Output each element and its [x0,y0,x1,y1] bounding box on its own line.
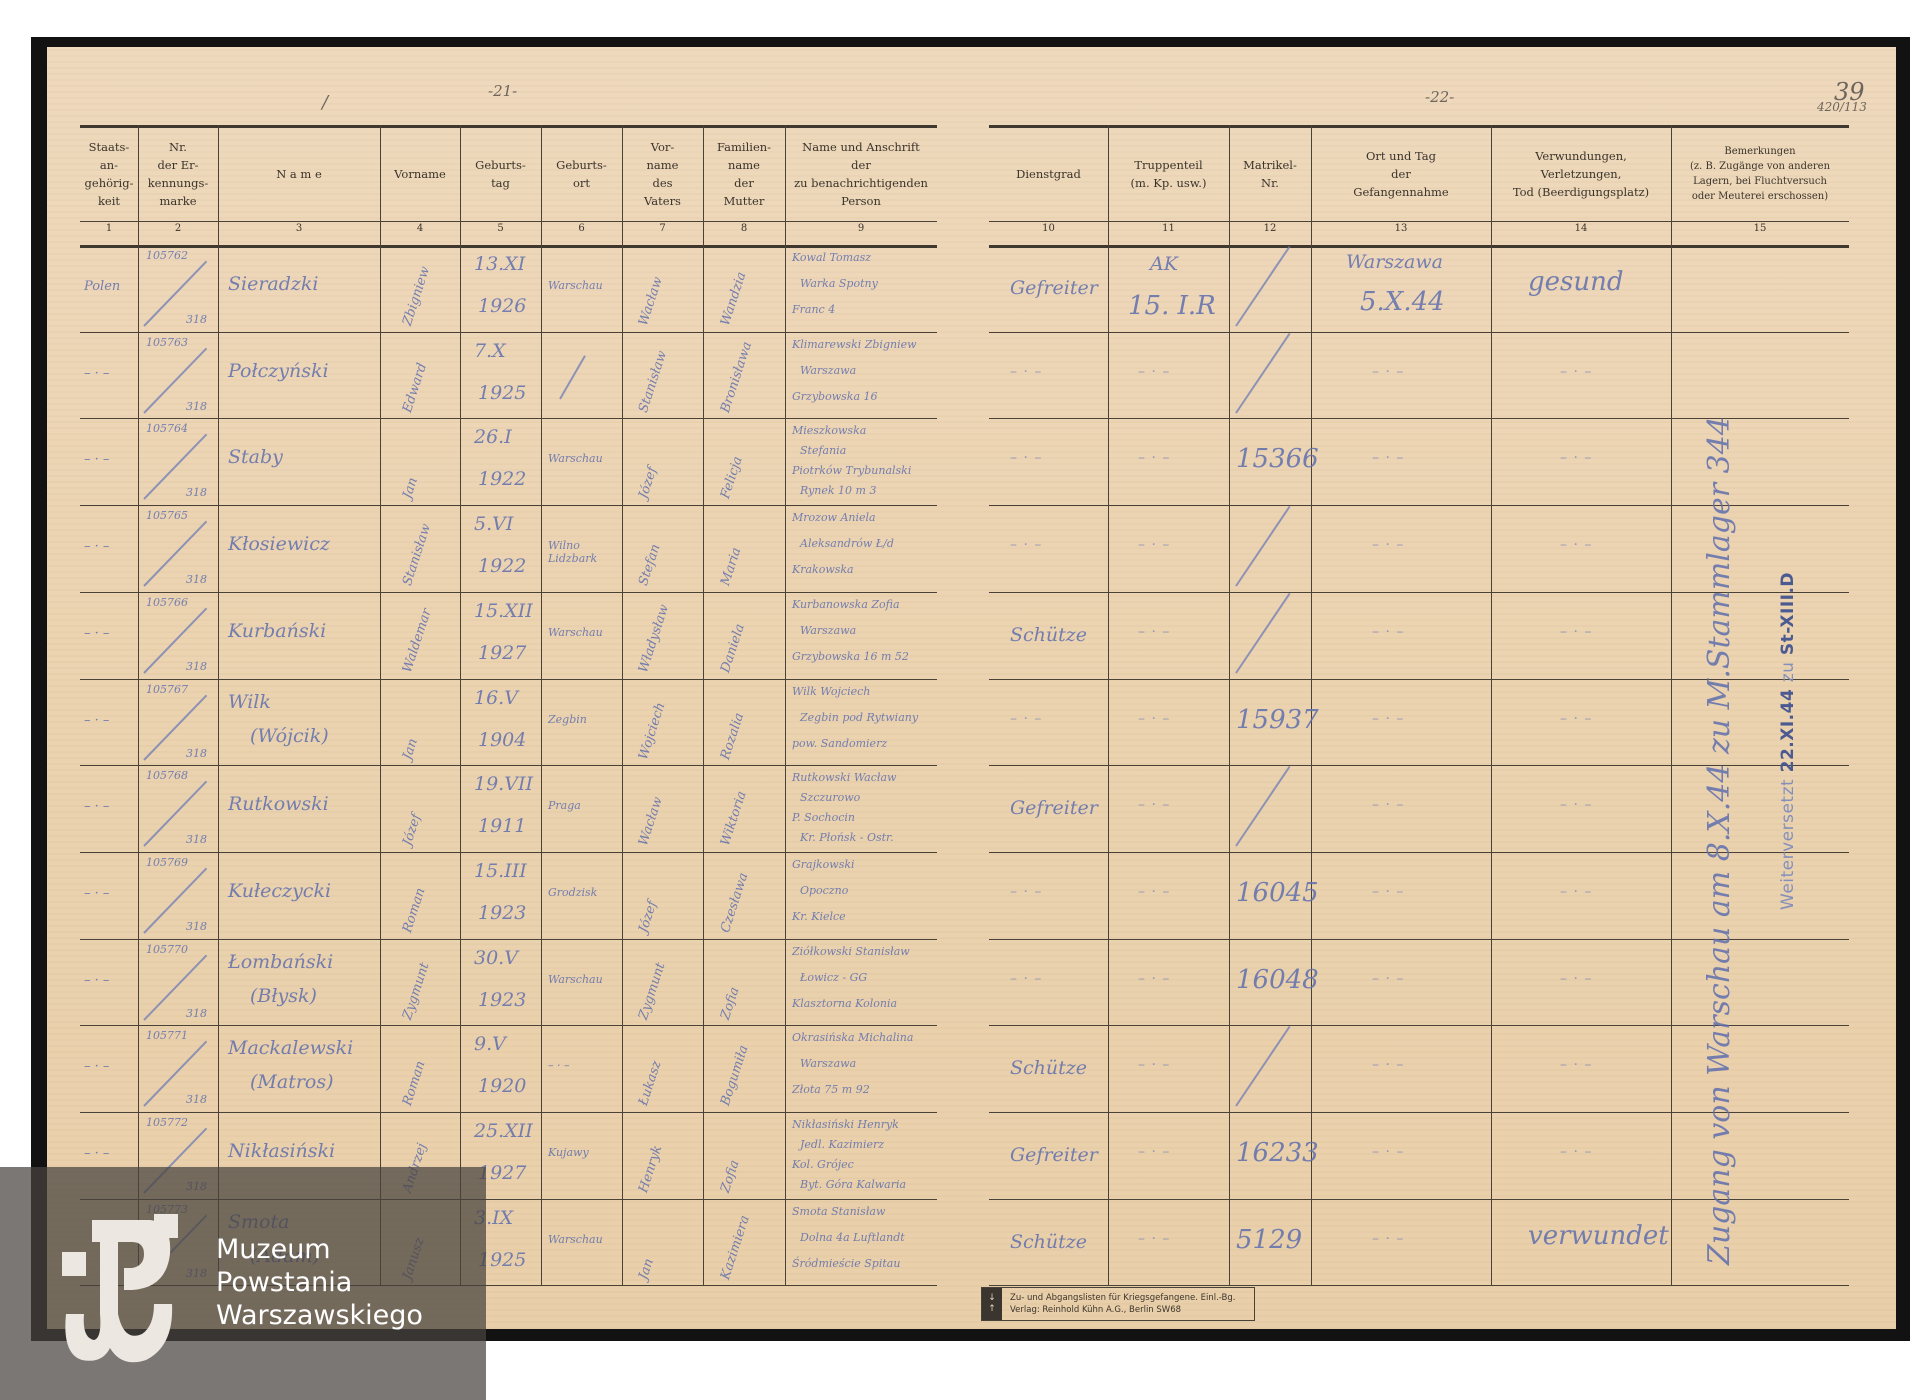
birth-year: 1923 [478,902,526,924]
column-divider [1229,125,1230,1285]
contact-line: Szczurowo [800,791,860,804]
column-number: 11 [1108,223,1229,234]
column-header-l9: Name und Anschrift der zu benachrichtige… [785,129,937,219]
rank: Schütze [1010,1231,1087,1253]
tag-number-top: 105762 [146,249,188,262]
contact-line: Klasztorna Kolonia [792,997,897,1010]
tag-number-top: 105771 [146,1029,188,1042]
column-header-l6: Geburts- ort [541,129,622,219]
rank: – · – [1010,884,1042,900]
surname: Mackalewski [228,1037,353,1059]
imprint-line-2: Verlag: Reinhold Kühn A.G., Berlin SW68 [1010,1304,1235,1316]
stamp-dest: St-XIII.D [1778,572,1798,655]
capture-place: – · – [1372,1144,1404,1160]
matrikel-number: 16048 [1236,965,1319,995]
table-rule [989,332,1849,333]
table-rule [989,125,1849,128]
contact-line: Mieszkowska [792,424,866,437]
birth-day: 13.XI [474,253,525,275]
birth-year: 1923 [478,989,526,1011]
column-header-r4: Ort und Tag der Gefangennahme [1311,129,1491,219]
unit: – · – [1138,711,1170,727]
wounds: – · – [1560,450,1592,466]
contact-line: Rynek 10 m 3 [800,484,876,497]
surname: Kułeczycki [228,880,331,902]
column-number: 9 [785,223,937,234]
birth-day: 7.X [474,340,506,362]
contact-line: Klimarewski Zbigniew [792,338,917,351]
birth-place: Warschau [548,626,618,639]
surname: Nikłasiński [228,1140,335,1162]
stamp-mid: zu [1778,662,1798,683]
rank: Schütze [1010,624,1087,646]
wounds: – · – [1560,624,1592,640]
column-header-l2: Nr. der Er- kennungs- marke [138,129,218,219]
wounds: – · – [1560,797,1592,813]
column-number: 13 [1311,223,1491,234]
tag-number-bottom: 318 [186,313,207,326]
contact-line: Łowicz - GG [800,971,867,984]
capture-place: – · – [1372,1057,1404,1073]
table-rule [80,332,937,333]
tag-number-bottom: 318 [186,920,207,933]
unit: – · – [1138,884,1170,900]
tag-number-bottom: 318 [186,833,207,846]
birth-year: 1920 [478,1075,526,1097]
unit: – · – [1138,364,1170,380]
table-rule [989,1285,1849,1286]
nationality: – · – [84,886,109,901]
contact-line: Zegbin pod Rytwiany [800,711,918,724]
contact-line: Wilk Wojciech [792,685,870,698]
surname: Kurbański [228,620,326,642]
alias: (Błysk) [250,985,317,1007]
page-number-right: -22- [1425,88,1454,106]
tag-number-top: 105770 [146,943,188,956]
tag-number-bottom: 318 [186,573,207,586]
contact-line: Ziółkowski Stanisław [792,945,910,958]
column-header-l3: N a m e [218,129,380,219]
unit: – · – [1138,797,1170,813]
sheet-subnumber: 420/113 [1817,100,1867,114]
tag-number-top: 105763 [146,336,188,349]
column-divider [1108,125,1109,1285]
museum-watermark: Muzeum Powstania Warszawskiego [0,1167,486,1400]
birth-year: 1927 [478,642,526,664]
birth-year: 1904 [478,729,526,751]
imprint-line-1: Zu- und Abgangslisten für Kriegsgefangen… [1010,1292,1235,1304]
kotwica-anchor-logo-icon [62,1214,192,1364]
column-divider [460,125,461,1285]
nationality: – · – [84,539,109,554]
column-divider [541,125,542,1285]
table-rule [80,1025,937,1026]
column-number: 14 [1491,223,1671,234]
column-header-r5: Verwundungen, Verletzungen, Tod (Beerdig… [1491,129,1671,219]
contact-line: Warszawa [800,1057,856,1070]
tag-number-top: 105769 [146,856,188,869]
unit: AK [1150,253,1178,275]
table-rule [989,245,1849,248]
tag-number-top: 105765 [146,509,188,522]
contact-line: Kurbanowska Zofia [792,598,900,611]
transfer-stamp: Weiterversetzt 22.XI.44 zu St-XIII.D [1778,572,1798,910]
contact-line: Mrozow Aniela [792,511,876,524]
column-header-l7: Vor- name des Vaters [622,129,703,219]
wounds: gesund [1528,267,1624,297]
contact-line: Piotrków Trybunalski [792,464,911,477]
birth-day: 19.VII [474,773,533,795]
tag-number-bottom: 318 [186,747,207,760]
capture-place: – · – [1372,711,1404,727]
matrikel-number: 16233 [1236,1138,1319,1168]
rank: Gefreiter [1010,797,1098,819]
museum-name: Muzeum Powstania Warszawskiego [216,1233,423,1332]
column-number: 3 [218,223,380,234]
rank: – · – [1010,711,1042,727]
unit: – · – [1138,1057,1170,1073]
birth-day: 26.I [474,426,512,448]
tag-number-bottom: 318 [186,486,207,499]
column-header-r2: Truppenteil (m. Kp. usw.) [1108,129,1229,219]
column-header-l5: Geburts- tag [460,129,541,219]
table-rule [80,1112,937,1113]
tag-number-bottom: 318 [186,400,207,413]
contact-line: Kr. Płońsk - Ostr. [800,831,894,844]
capture-place: – · – [1372,971,1404,987]
column-number: 12 [1229,223,1311,234]
wounds: – · – [1560,884,1592,900]
contact-line: Opoczno [800,884,848,897]
rank: Gefreiter [1010,277,1098,299]
nationality: – · – [84,799,109,814]
column-divider [138,125,139,1285]
table-rule [80,418,937,419]
printer-imprint: ↓↑Zu- und Abgangslisten für Kriegsgefang… [981,1287,1255,1321]
birth-year: 1926 [478,295,526,317]
capture-place: – · – [1372,884,1404,900]
capture-place: – · – [1372,1231,1404,1247]
wounds: – · – [1560,711,1592,727]
contact-line: Warka Spotny [800,277,878,290]
matrikel-number: 15366 [1236,444,1319,474]
birth-day: 25.XII [474,1120,533,1142]
contact-line: Rutkowski Wacław [792,771,896,784]
column-header-l4: Vorname [380,129,460,219]
document-sheet [47,47,1896,1329]
contact-line: Kowal Tomasz [792,251,871,264]
capture-place: – · – [1372,537,1404,553]
pencil-tick: / [322,92,328,113]
column-number: 1 [80,223,138,234]
contact-line: Aleksandrów Ł/d [800,537,894,550]
tag-number-bottom: 318 [186,660,207,673]
museum-name-line-1: Muzeum [216,1233,423,1266]
contact-line: Jedl. Kazimierz [800,1138,884,1151]
unit: – · – [1138,537,1170,553]
capture-place: – · – [1372,624,1404,640]
unit: – · – [1138,450,1170,466]
tag-number-top: 105764 [146,422,188,435]
surname: Sieradzki [228,273,319,295]
rank: Schütze [1010,1057,1087,1079]
contact-line: Warszawa [800,364,856,377]
table-rule [80,245,937,248]
alias: (Wójcik) [250,725,329,747]
wounds: – · – [1560,1144,1592,1160]
capture-place: Warszawa [1346,251,1443,273]
contact-line: Grzybowska 16 [792,390,878,403]
column-divider [1491,125,1492,1285]
rank: – · – [1010,971,1042,987]
birth-day: 15.III [474,860,527,882]
tag-number-top: 105767 [146,683,188,696]
surname: Kłosiewicz [228,533,330,555]
contact-line: pow. Sandomierz [792,737,887,750]
birth-place: Warschau [548,452,618,465]
column-number: 8 [703,223,785,234]
contact-line: Krakowska [792,563,854,576]
table-rule [80,765,937,766]
alias: (Matros) [250,1071,334,1093]
stamp-prefix: Weiterversetzt [1778,779,1798,910]
contact-line: Grajkowski [792,858,855,871]
unit: – · – [1138,971,1170,987]
table-rule [80,939,937,940]
contact-line: Franc 4 [792,303,835,316]
contact-line: Grzybowska 16 m 52 [792,650,909,663]
column-divider [1671,125,1672,1285]
column-header-l8: Familien- name der Mutter [703,129,785,219]
nationality: – · – [84,452,109,467]
contact-line: Warszawa [800,624,856,637]
column-header-r1: Dienstgrad [989,129,1108,219]
contact-line: Śródmieście Spitau [792,1257,900,1270]
nationality: – · – [84,1146,109,1161]
table-rule [80,125,937,128]
matrikel-number: 15937 [1236,705,1319,735]
contact-line: Byt. Góra Kalwaria [800,1178,906,1191]
birth-place: Warschau [548,1233,618,1246]
tag-number-bottom: 318 [186,1093,207,1106]
tag-number-top: 105772 [146,1116,188,1129]
column-divider [380,125,381,1285]
form-symbol-icon: ↓↑ [982,1288,1002,1320]
surname: Wilk [228,691,271,713]
column-number: 5 [460,223,541,234]
column-header-r6: Bemerkungen (z. B. Zugänge von anderen L… [1671,129,1849,219]
nationality: – · – [84,1059,109,1074]
unit: – · – [1138,1144,1170,1160]
unit: – · – [1138,1231,1170,1247]
birth-year: 1925 [478,382,526,404]
tag-number-top: 105768 [146,769,188,782]
column-number: 10 [989,223,1108,234]
capture-date: 5.X.44 [1360,287,1445,317]
birth-place: Praga [548,799,618,812]
birth-day: 16.V [474,687,518,709]
contact-line: Smota Stanisław [792,1205,885,1218]
contact-line: Złota 75 m 92 [792,1083,870,1096]
column-header-l1: Staats- an- gehörig- keit [80,129,138,219]
birth-place: Wilno Lidzbark [548,539,618,565]
table-rule [80,221,937,222]
remarks-transfer-note: Zugang von Warschau am 8.X.44 zu M.Stamm… [1702,417,1737,1266]
birth-year: 1911 [478,815,526,837]
stamp-date: 22.XI.44 [1778,689,1798,773]
contact-line: Okrasińska Michalina [792,1031,913,1044]
wounds: verwundet [1528,1221,1669,1251]
nationality: – · – [84,626,109,641]
birth-place: Grodzisk [548,886,618,899]
birth-year: 1922 [478,468,526,490]
contact-line: Kol. Grójec [792,1158,854,1171]
museum-name-line-2: Powstania [216,1266,423,1299]
nationality: – · – [84,713,109,728]
column-number: 15 [1671,223,1849,234]
column-divider [703,125,704,1285]
contact-line: Dolna 4a Luftlandt [800,1231,905,1244]
birth-place: Warschau [548,279,618,292]
contact-line: Stefania [800,444,846,457]
matrikel-number: 5129 [1236,1225,1302,1255]
surname: Łombański [228,951,333,973]
surname: Połczyński [228,360,329,382]
tag-number-top: 105766 [146,596,188,609]
contact-line: P. Sochocin [792,811,855,824]
birth-day: 15.XII [474,600,533,622]
museum-name-line-3: Warszawskiego [216,1299,423,1332]
column-divider [622,125,623,1285]
rank: – · – [1010,364,1042,380]
table-rule [80,679,937,680]
column-header-r3: Matrikel- Nr. [1229,129,1311,219]
wounds: – · – [1560,1057,1592,1073]
birth-day: 5.VI [474,513,513,535]
column-number: 6 [541,223,622,234]
tag-number-bottom: 318 [186,1007,207,1020]
birth-place: Kujawy [548,1146,618,1159]
column-number: 7 [622,223,703,234]
capture-place: – · – [1372,364,1404,380]
birth-place: Warschau [548,973,618,986]
column-divider [218,125,219,1285]
nationality: Polen [84,279,120,294]
birth-day: 30.V [474,947,518,969]
capture-place: – · – [1372,797,1404,813]
rank: Gefreiter [1010,1144,1098,1166]
wounds: – · – [1560,364,1592,380]
column-number: 4 [380,223,460,234]
birth-year: 1922 [478,555,526,577]
wounds: – · – [1560,537,1592,553]
rank: – · – [1010,450,1042,466]
contact-line: Kr. Kielce [792,910,846,923]
contact-line: Nikłasiński Henryk [792,1118,899,1131]
column-number: 2 [138,223,218,234]
table-rule [80,592,937,593]
nationality: – · – [84,973,109,988]
table-rule [80,852,937,853]
table-rule [989,221,1849,222]
birth-place: – · – [548,1059,618,1072]
rank: – · – [1010,537,1042,553]
birth-place: Zegbin [548,713,618,726]
table-rule [80,505,937,506]
surname: Staby [228,446,283,468]
matrikel-number: 16045 [1236,878,1319,908]
wounds: – · – [1560,971,1592,987]
birth-day: 9.V [474,1033,506,1055]
surname: Rutkowski [228,793,329,815]
nationality: – · – [84,366,109,381]
unit-regiment: 15. I.R [1128,291,1216,321]
capture-place: – · – [1372,450,1404,466]
page-number-left: -21- [488,82,517,100]
column-divider [785,125,786,1285]
unit: – · – [1138,624,1170,640]
